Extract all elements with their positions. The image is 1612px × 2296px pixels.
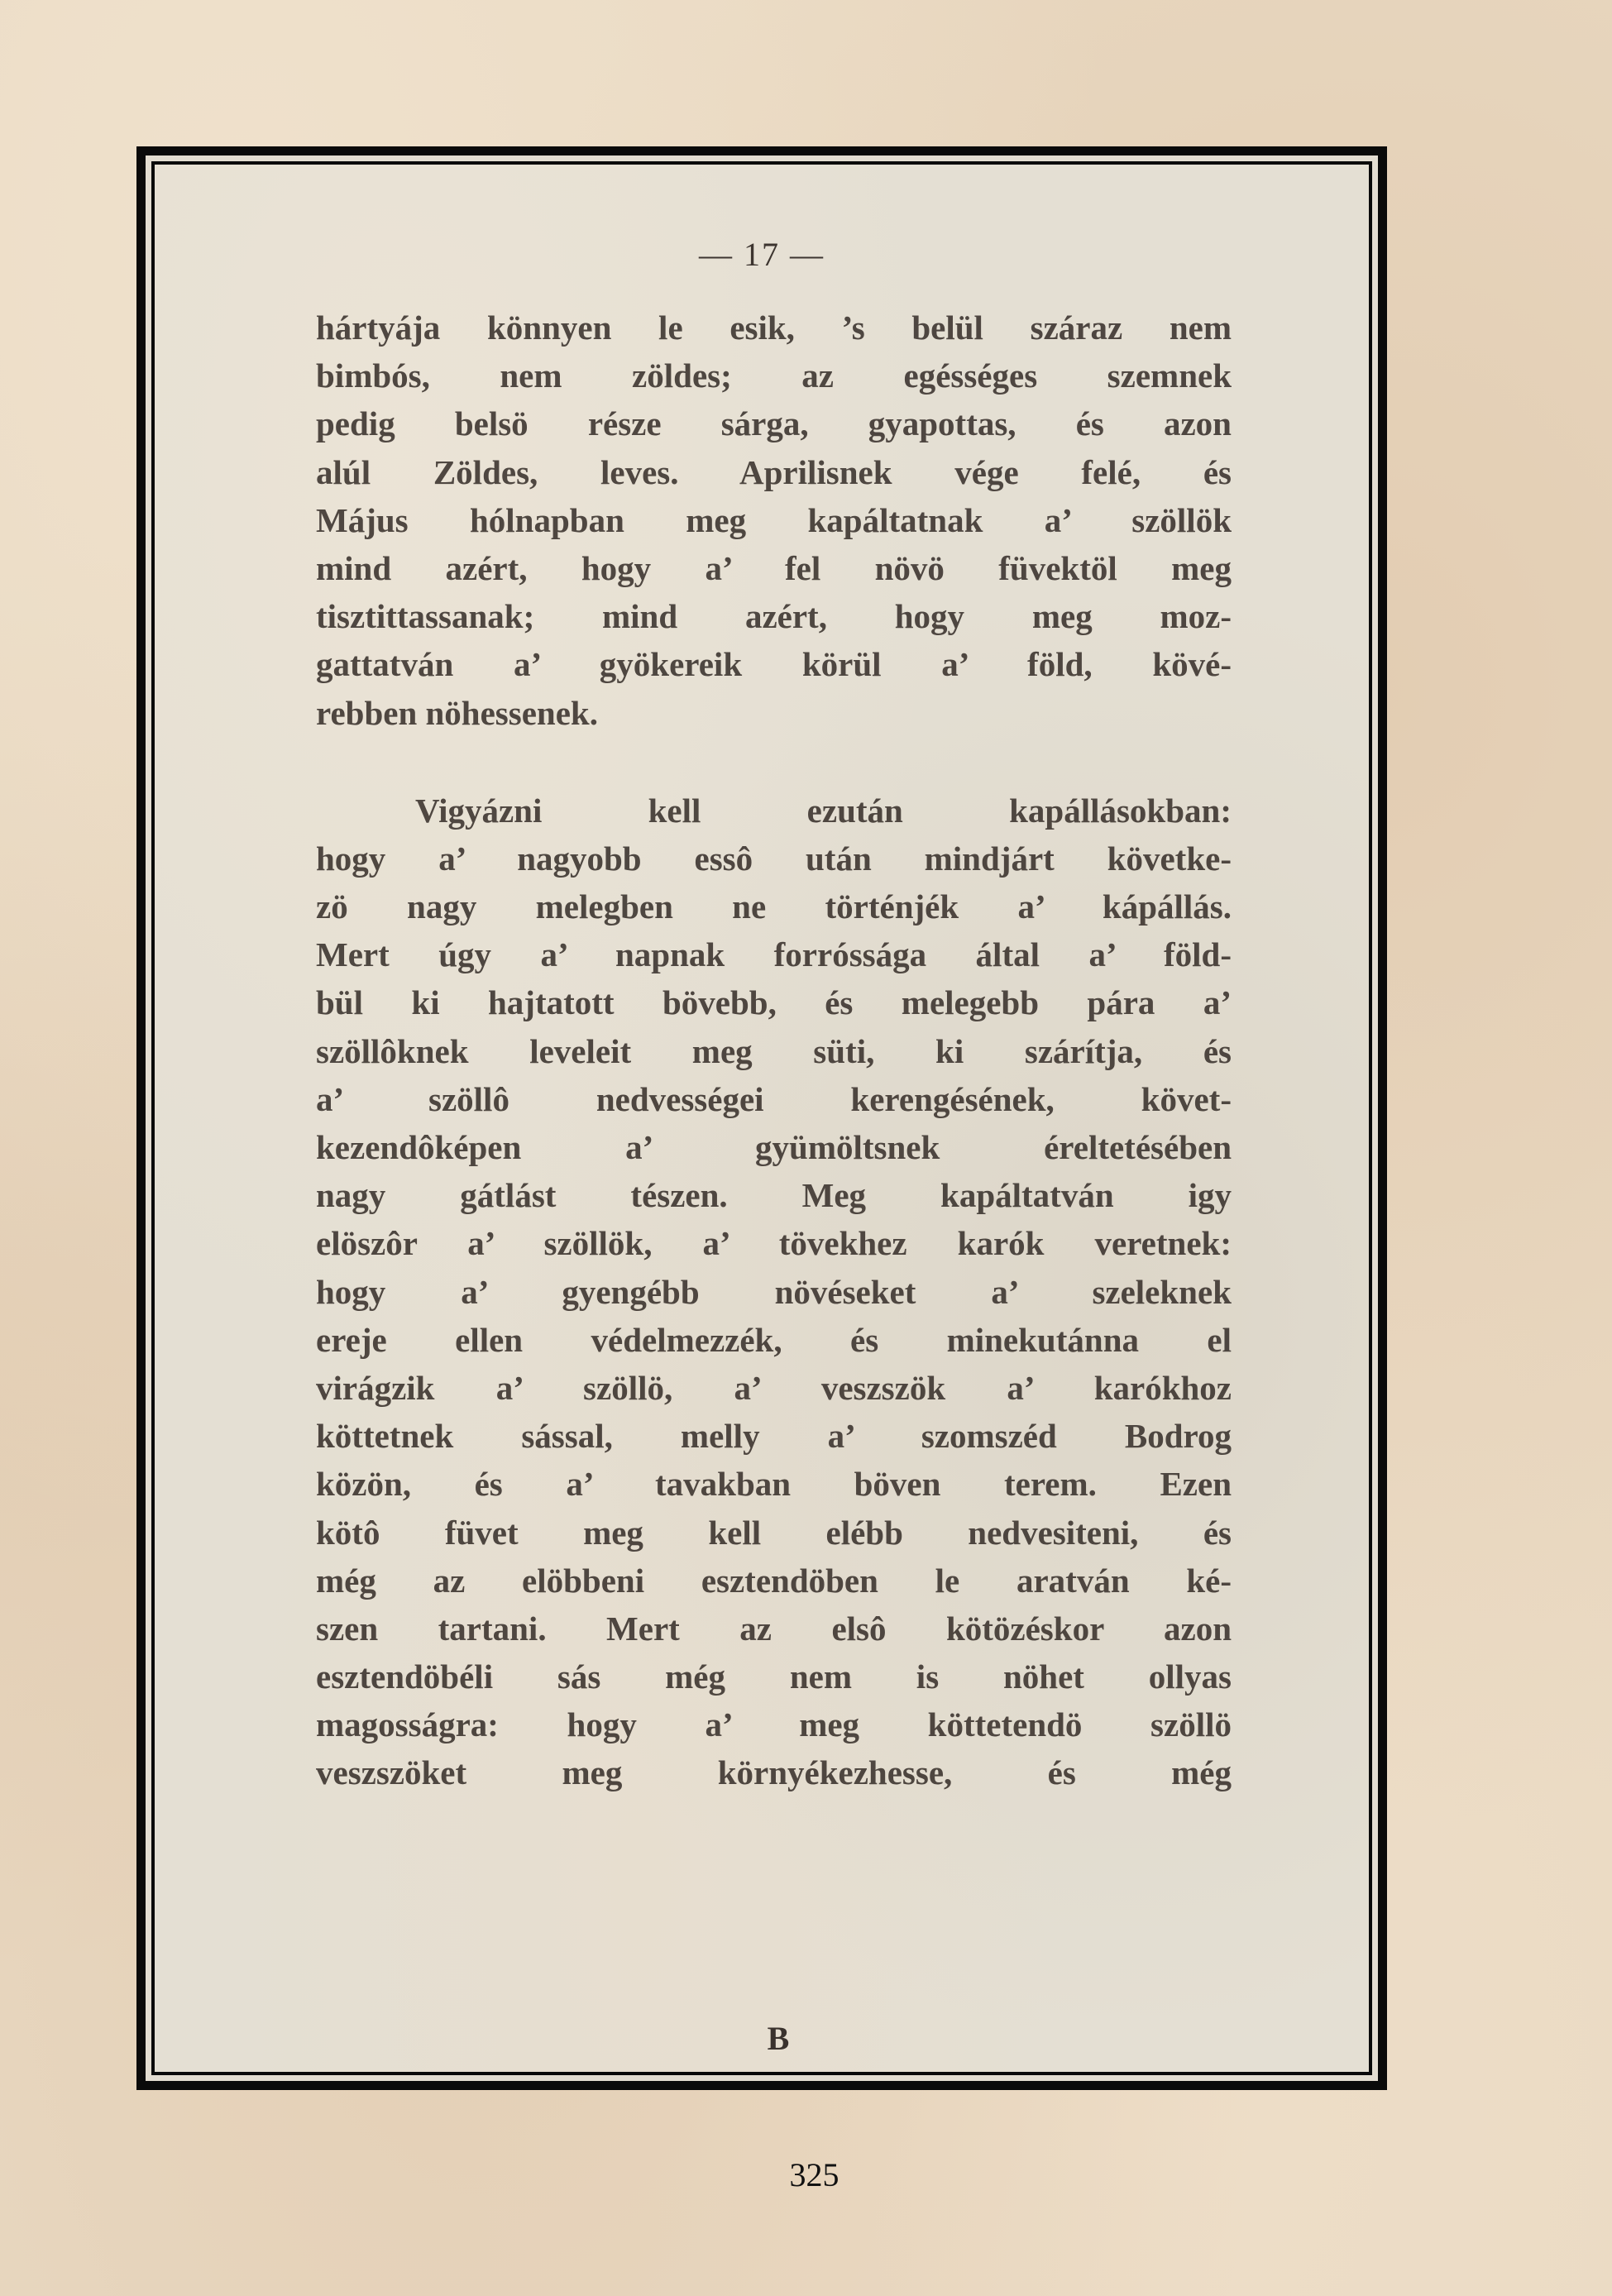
text-line: hogy a’ gyengébb növéseket a’ szeleknek [316, 1268, 1232, 1316]
footer-page-number: 325 [0, 2155, 1612, 2194]
text-line: Vigyázni kell ezután kapállásokban: [316, 787, 1232, 835]
page-frame-outer: — 17 — hártyája könnyen le esik, ’s belü… [136, 146, 1387, 2090]
text-line: tisztittassanak; mind azért, hogy meg mo… [316, 592, 1232, 640]
body-text: hártyája könnyen le esik, ’s belül szára… [316, 304, 1232, 1797]
text-line: virágzik a’ szöllö, a’ veszszök a’ karók… [316, 1364, 1232, 1412]
text-line: gattatván a’ gyökereik körül a’ föld, kö… [316, 640, 1232, 688]
paragraph-2: Vigyázni kell ezután kapállásokban: hogy… [316, 787, 1232, 1797]
signature-mark: B [155, 2019, 1369, 2058]
text-line: szen tartani. Mert az elsô kötözéskor az… [316, 1605, 1232, 1653]
text-line: kezendôképen a’ gyümöltsnek éreltetésébe… [316, 1123, 1232, 1171]
text-line: alúl Zöldes, leves. Aprilisnek vége felé… [316, 448, 1232, 496]
text-line: köttetnek sással, melly a’ szomszéd Bodr… [316, 1412, 1232, 1460]
text-line: Május hólnapban meg kapáltatnak a’ szöll… [316, 496, 1232, 544]
text-line: zö nagy melegben ne történjék a’ kápállá… [316, 883, 1232, 930]
text-line: nagy gátlást tészen. Meg kapáltatván igy [316, 1171, 1232, 1219]
paragraph-spacer [316, 737, 1232, 787]
text-line: még az elöbbeni esztendöben le aratván k… [316, 1557, 1232, 1605]
text-line: esztendöbéli sás még nem is nöhet ollyas [316, 1653, 1232, 1700]
text-line: pedig belsö része sárga, gyapottas, és a… [316, 399, 1232, 447]
running-head-page-number: — 17 — [155, 235, 1369, 274]
text-line: veszszöket meg környékezhesse, és még [316, 1748, 1232, 1796]
text-line: hogy a’ nagyobb essô után mindjárt követ… [316, 835, 1232, 883]
text-line: Mert úgy a’ napnak forróssága által a’ f… [316, 930, 1232, 978]
text-line: bimbós, nem zöldes; az egésséges szemnek [316, 352, 1232, 399]
text-line: szöllôknek leveleit meg süti, ki szárítj… [316, 1027, 1232, 1075]
text-line: a’ szöllô nedvességei kerengésének, köve… [316, 1075, 1232, 1123]
text-line: kötô füvet meg kell elébb nedvesiteni, é… [316, 1509, 1232, 1557]
text-line: ereje ellen védelmezzék, és minekutánna … [316, 1316, 1232, 1364]
text-line: rebben nöhessenek. [316, 689, 1232, 737]
text-line: közön, és a’ tavakban böven terem. Ezen [316, 1460, 1232, 1508]
text-line: bül ki hajtatott bövebb, és melegebb pár… [316, 978, 1232, 1026]
paragraph-1: hártyája könnyen le esik, ’s belül szára… [316, 304, 1232, 737]
text-line: mind azért, hogy a’ fel növö füvektöl me… [316, 544, 1232, 592]
text-line: hártyája könnyen le esik, ’s belül szára… [316, 304, 1232, 352]
text-line: magosságra: hogy a’ meg köttetendö szöll… [316, 1700, 1232, 1748]
text-line: elöszôr a’ szöllök, a’ tövekhez karók ve… [316, 1219, 1232, 1267]
scanned-book-page: — 17 — hártyája könnyen le esik, ’s belü… [151, 161, 1372, 2075]
